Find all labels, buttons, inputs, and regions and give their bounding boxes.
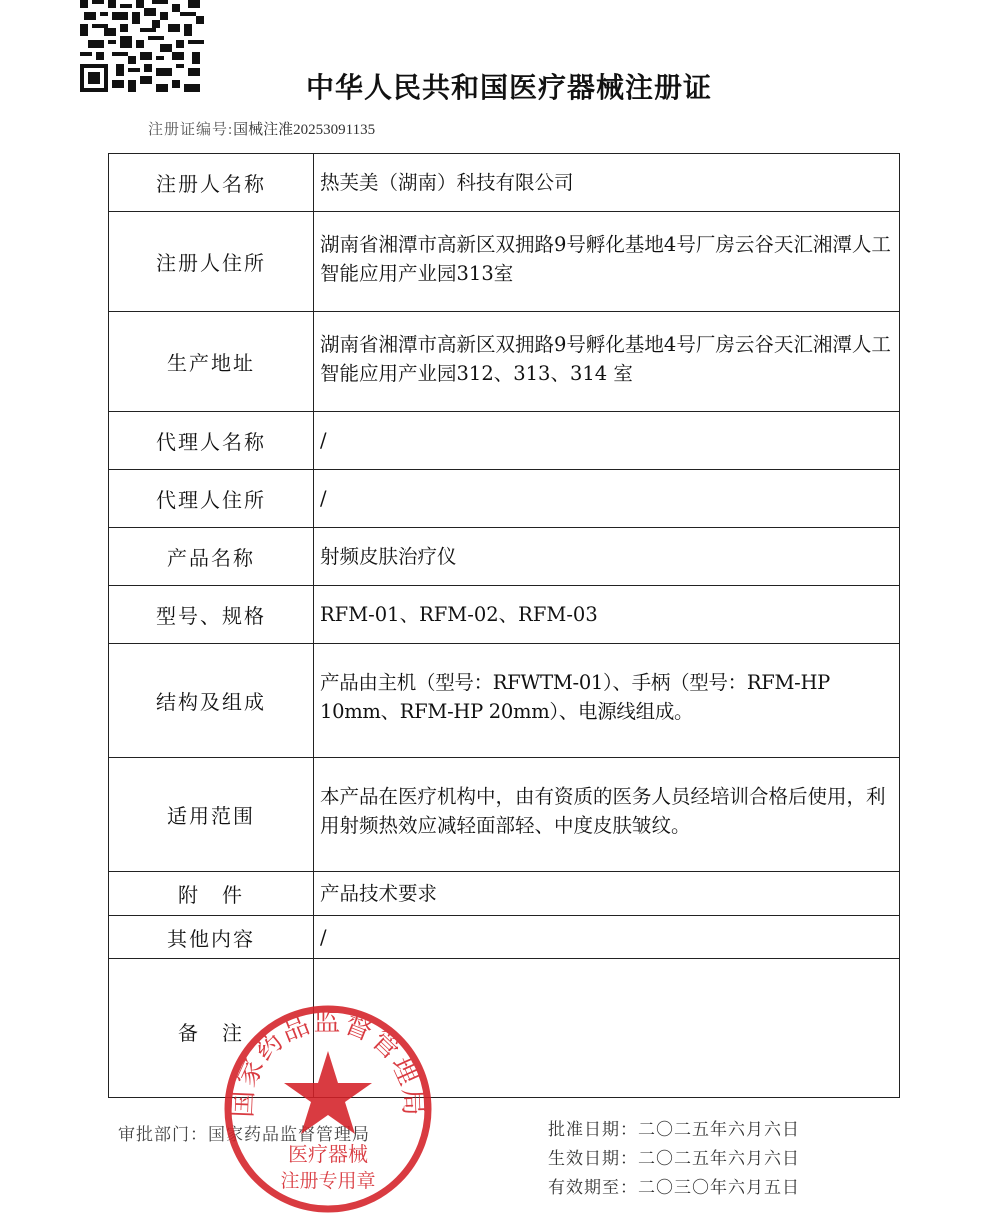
table-row: 注册人住所 湖南省湘潭市高新区双拥路9号孵化基地4号厂房云谷天汇湘潭人工智能应用… [109, 212, 900, 312]
row-value: 本产品在医疗机构中，由有资质的医务人员经培训合格后使用，利用射频热效应减轻面部轻… [314, 758, 900, 872]
row-value: / [314, 916, 900, 959]
row-label: 生产地址 [109, 312, 314, 412]
document-title: 中华人民共和国医疗器械注册证 [0, 66, 1008, 106]
seal-line-1: 医疗器械 [288, 1142, 368, 1166]
row-label: 注册人住所 [109, 212, 314, 312]
row-label: 代理人名称 [109, 412, 314, 470]
approval-department-label: 审批部门： [118, 1125, 208, 1145]
row-label: 适用范围 [109, 758, 314, 872]
effective-date: 生效日期：二〇二五年六月六日 [548, 1145, 800, 1174]
row-label: 附 件 [109, 872, 314, 916]
row-label: 注册人名称 [109, 154, 314, 212]
seal-line-2: 注册专用章 [280, 1170, 375, 1192]
row-value: / [314, 412, 900, 470]
dates-block: 批准日期：二〇二五年六月六日 生效日期：二〇二五年六月六日 有效期至：二〇三〇年… [548, 1116, 800, 1203]
row-label: 产品名称 [109, 528, 314, 586]
table-row: 适用范围 本产品在医疗机构中，由有资质的医务人员经培训合格后使用，利用射频热效应… [109, 758, 900, 872]
table-row: 代理人名称 / [109, 412, 900, 470]
row-value: RFM-01、RFM-02、RFM-03 [314, 586, 900, 644]
approval-date: 批准日期：二〇二五年六月六日 [548, 1116, 800, 1145]
row-label: 型号、规格 [109, 586, 314, 644]
table-row: 注册人名称 热芙美（湖南）科技有限公司 [109, 154, 900, 212]
table-row: 附 件 产品技术要求 [109, 872, 900, 916]
row-value: 产品技术要求 [314, 872, 900, 916]
row-value: / [314, 470, 900, 528]
official-seal-icon: 国家药品监督管理局 医疗器械 注册专用章 [222, 1003, 434, 1215]
table-row: 代理人住所 / [109, 470, 900, 528]
row-value: 湖南省湘潭市高新区双拥路9号孵化基地4号厂房云谷天汇湘潭人工智能应用产业园313… [314, 212, 900, 312]
star-icon [284, 1051, 372, 1134]
table-row: 生产地址 湖南省湘潭市高新区双拥路9号孵化基地4号厂房云谷天汇湘潭人工智能应用产… [109, 312, 900, 412]
row-label: 其他内容 [109, 916, 314, 959]
row-label: 结构及组成 [109, 644, 314, 758]
table-row: 结构及组成 产品由主机（型号：RFWTM-01）、手柄（型号：RFM-HP 10… [109, 644, 900, 758]
table-row: 其他内容 / [109, 916, 900, 959]
certificate-table: 注册人名称 热芙美（湖南）科技有限公司 注册人住所 湖南省湘潭市高新区双拥路9号… [108, 153, 900, 1098]
row-value: 产品由主机（型号：RFWTM-01）、手柄（型号：RFM-HP 10mm、RFM… [314, 644, 900, 758]
expiry-date: 有效期至：二〇三〇年六月五日 [548, 1174, 800, 1203]
registration-number-label: 注册证编号: [148, 122, 233, 138]
table-row: 产品名称 射频皮肤治疗仪 [109, 528, 900, 586]
registration-number: 注册证编号:国械注准20253091135 [148, 118, 375, 139]
row-value: 湖南省湘潭市高新区双拥路9号孵化基地4号厂房云谷天汇湘潭人工智能应用产业园312… [314, 312, 900, 412]
table-row: 型号、规格 RFM-01、RFM-02、RFM-03 [109, 586, 900, 644]
row-value: 热芙美（湖南）科技有限公司 [314, 154, 900, 212]
row-value: 射频皮肤治疗仪 [314, 528, 900, 586]
registration-number-value: 国械注准20253091135 [233, 122, 375, 138]
row-label: 代理人住所 [109, 470, 314, 528]
